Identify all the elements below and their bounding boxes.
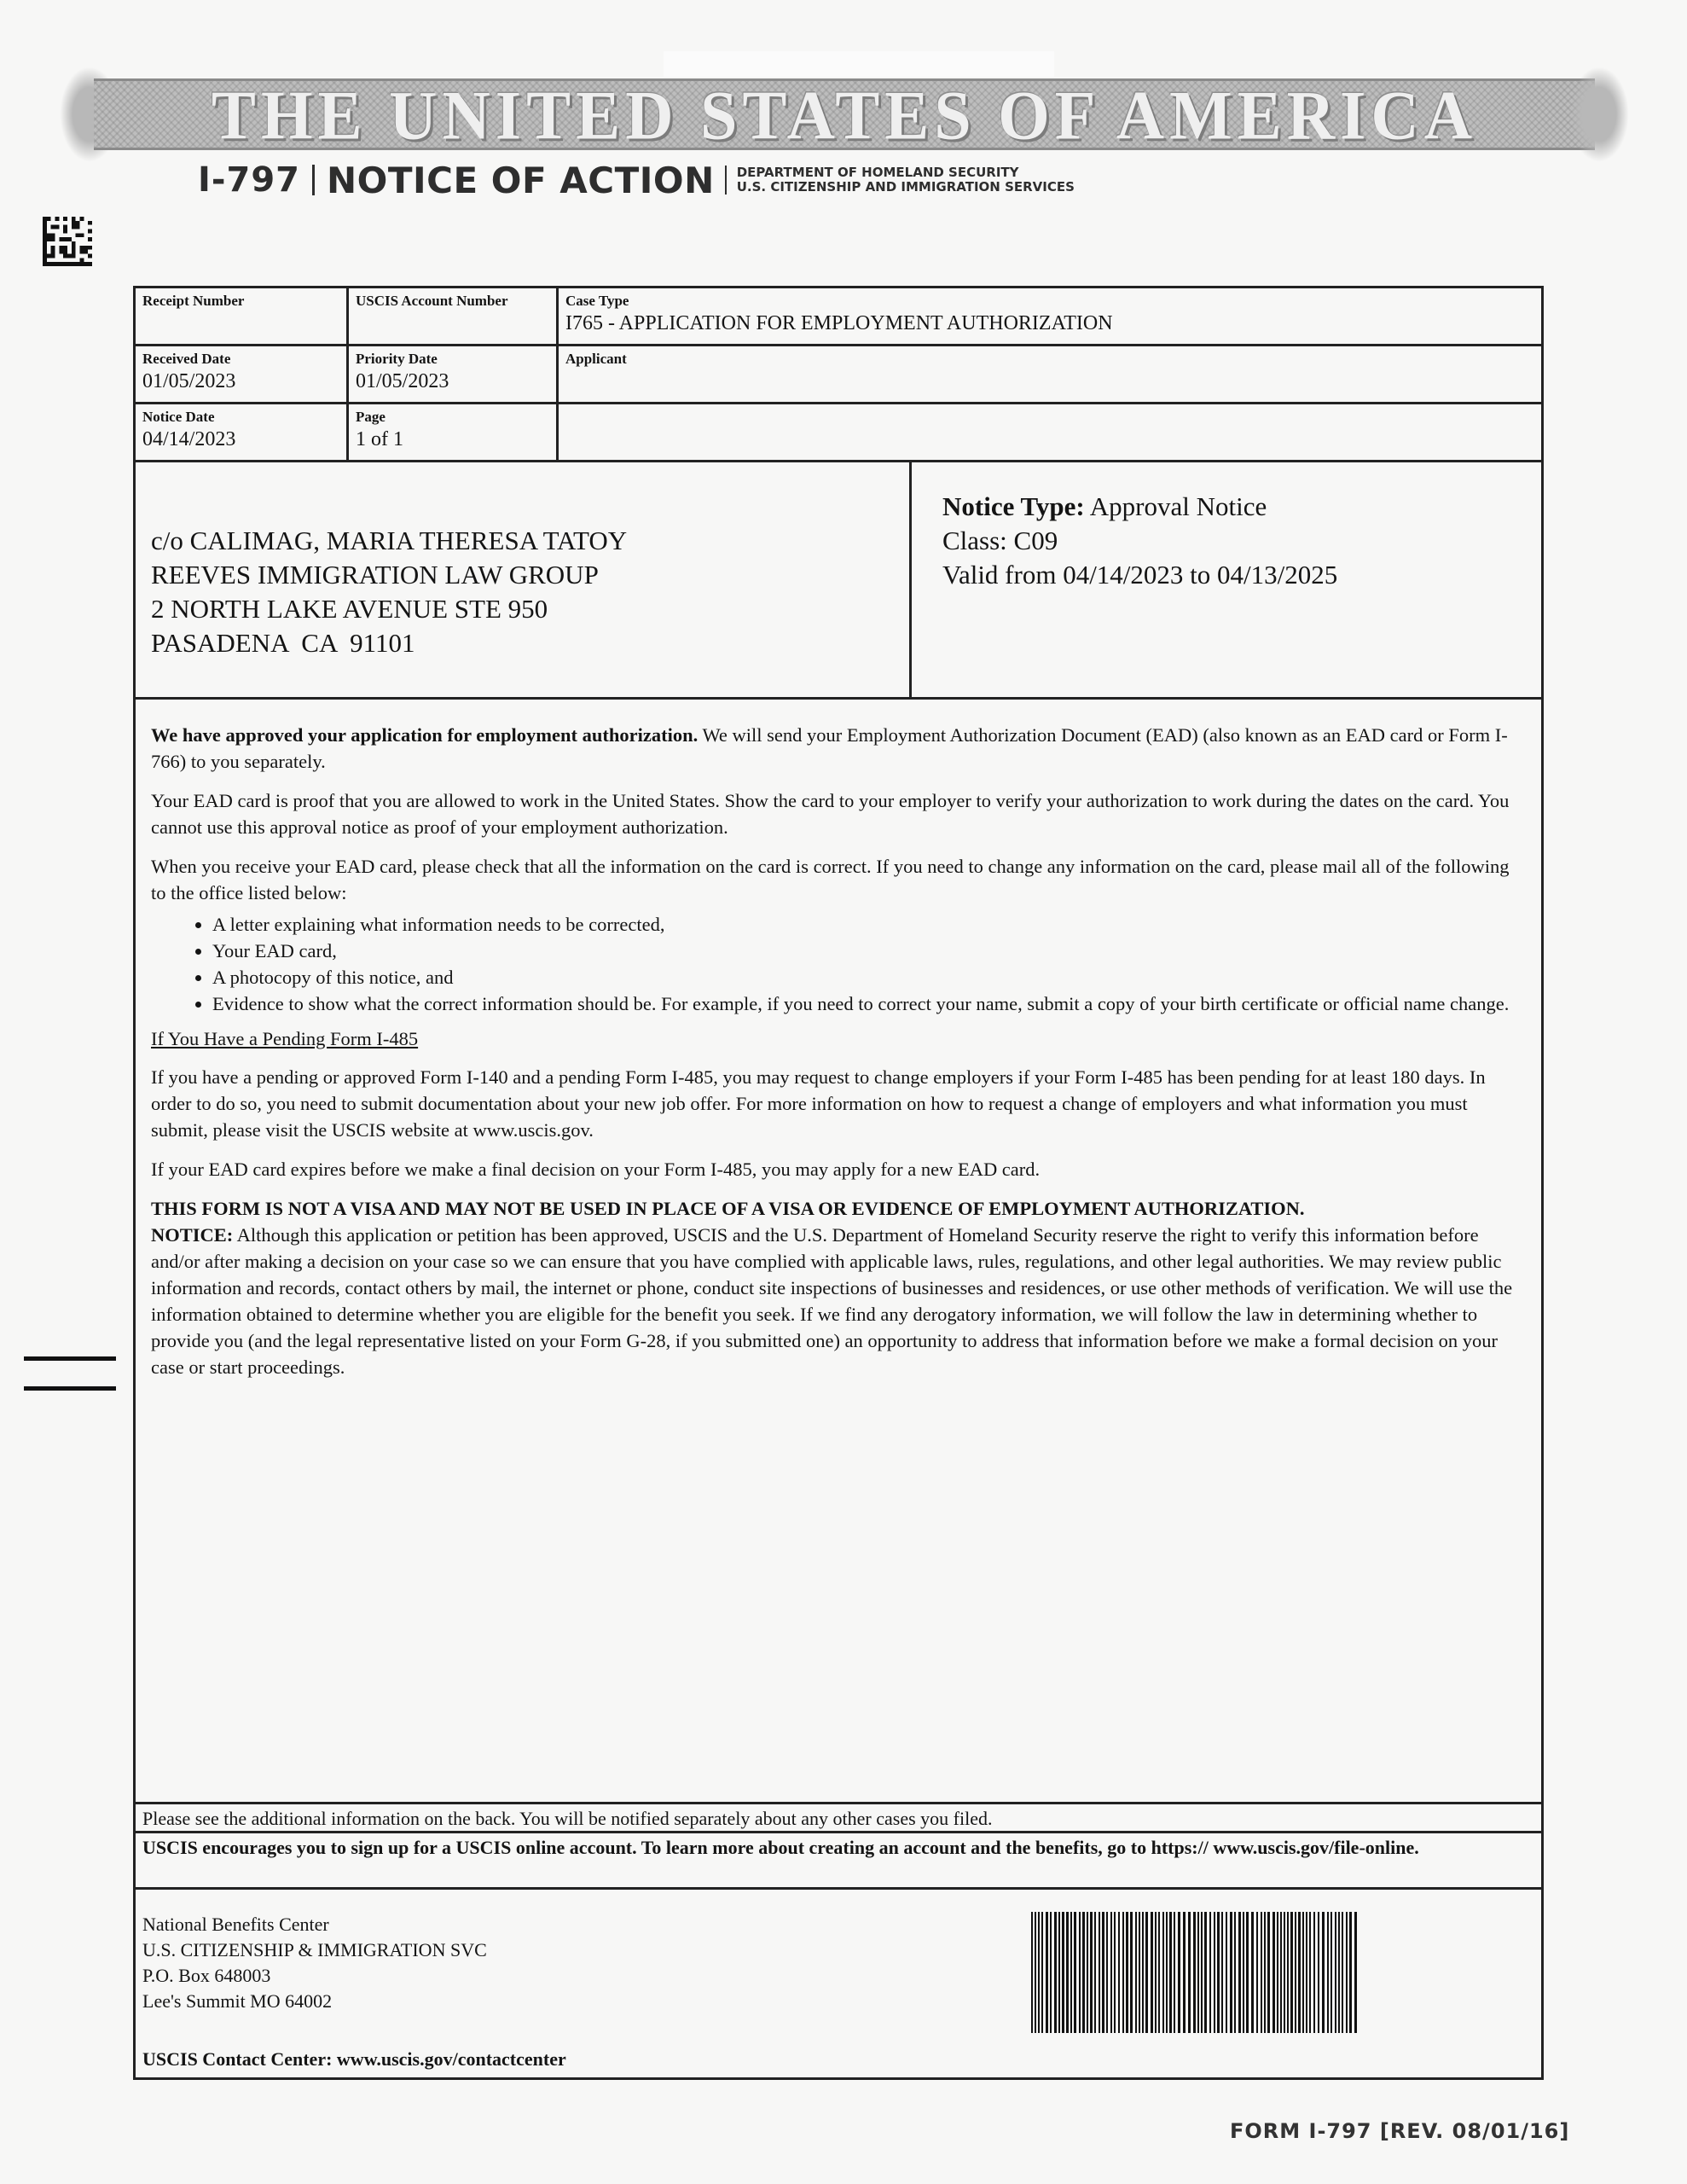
notice-body: We have approved your application for em… bbox=[136, 700, 1541, 1804]
received-date-cell: Received Date 01/05/2023 bbox=[136, 346, 349, 402]
agency-name: U.S. CITIZENSHIP AND IMMIGRATION SERVICE… bbox=[737, 180, 1075, 195]
notice-type: Notice Type: Approval Notice bbox=[942, 490, 1510, 524]
case-type-value: I765 - APPLICATION FOR EMPLOYMENT AUTHOR… bbox=[565, 311, 1534, 336]
data-matrix-code-icon bbox=[43, 217, 92, 266]
agency-block: DEPARTMENT OF HOMELAND SECURITY U.S. CIT… bbox=[737, 166, 1075, 195]
notice-type-value: Approval Notice bbox=[1090, 491, 1267, 521]
case-type-cell: Case Type I765 - APPLICATION FOR EMPLOYM… bbox=[559, 288, 1541, 344]
correction-paragraph: When you receive your EAD card, please c… bbox=[151, 853, 1526, 906]
header-divider bbox=[312, 165, 315, 195]
pending-i485-heading: If You Have a Pending Form I-485 bbox=[151, 1025, 1526, 1052]
form-title: NOTICE OF ACTION bbox=[327, 160, 715, 201]
list-item: A photocopy of this notice, and bbox=[212, 964, 1526, 990]
online-account-note: USCIS encourages you to sign up for a US… bbox=[136, 1833, 1541, 1890]
notice-class: Class: C09 bbox=[942, 524, 1510, 558]
empty-cell bbox=[559, 404, 1541, 460]
form-header: I-797 NOTICE OF ACTION DEPARTMENT OF HOM… bbox=[198, 159, 1075, 201]
redaction-block bbox=[664, 51, 1054, 77]
case-info-row: Receipt Number USCIS Account Number Case… bbox=[136, 288, 1541, 346]
page-cell: Page 1 of 1 bbox=[349, 404, 559, 460]
correction-checklist: A letter explaining what information nee… bbox=[151, 911, 1526, 1017]
office-block: National Benefits Center U.S. CITIZENSHI… bbox=[136, 1890, 1541, 2077]
address-line: REEVES IMMIGRATION LAW GROUP bbox=[151, 558, 894, 592]
notice-summary: Notice Type: Approval Notice Class: C09 … bbox=[912, 462, 1541, 697]
approval-paragraph: We have approved your application for em… bbox=[151, 722, 1526, 775]
received-date-value: 01/05/2023 bbox=[142, 369, 339, 394]
applicant-cell: Applicant bbox=[559, 346, 1541, 402]
priority-date-cell: Priority Date 01/05/2023 bbox=[349, 346, 559, 402]
list-item: Evidence to show what the correct inform… bbox=[212, 990, 1526, 1017]
list-item: Your EAD card, bbox=[212, 938, 1526, 964]
contact-center: USCIS Contact Center: www.uscis.gov/cont… bbox=[142, 2047, 566, 2072]
margin-mark bbox=[24, 1356, 116, 1361]
banner-title: THE UNITED STATES OF AMERICA bbox=[128, 84, 1561, 147]
dates-row: Received Date 01/05/2023 Priority Date 0… bbox=[136, 346, 1541, 404]
margin-mark bbox=[24, 1386, 116, 1391]
notice-date-value: 04/14/2023 bbox=[142, 427, 339, 452]
ead-expiry-paragraph: If your EAD card expires before we make … bbox=[151, 1156, 1526, 1182]
receipt-number-cell: Receipt Number bbox=[136, 288, 349, 344]
notice-type-label: Notice Type: bbox=[942, 491, 1085, 521]
account-number-cell: USCIS Account Number bbox=[349, 288, 559, 344]
mailing-address: c/o CALIMAG, MARIA THERESA TATOY REEVES … bbox=[136, 462, 912, 697]
notice-date-cell: Notice Date 04/14/2023 bbox=[136, 404, 349, 460]
banner: THE UNITED STATES OF AMERICA bbox=[60, 67, 1629, 162]
form-revision: FORM I-797 [REV. 08/01/16] bbox=[1230, 2119, 1569, 2143]
list-item: A letter explaining what information nee… bbox=[212, 911, 1526, 938]
address-notice-row: c/o CALIMAG, MARIA THERESA TATOY REEVES … bbox=[136, 462, 1541, 700]
address-line: 2 NORTH LAKE AVENUE STE 950 bbox=[151, 592, 894, 626]
barcode-icon bbox=[1031, 1912, 1359, 2033]
i485-paragraph: If you have a pending or approved Form I… bbox=[151, 1064, 1526, 1143]
address-line: c/o CALIMAG, MARIA THERESA TATOY bbox=[151, 524, 894, 558]
priority-date-value: 01/05/2023 bbox=[356, 369, 549, 394]
address-line: PASADENA CA 91101 bbox=[151, 626, 894, 660]
form-number: I-797 bbox=[198, 160, 300, 200]
notice-date-row: Notice Date 04/14/2023 Page 1 of 1 bbox=[136, 404, 1541, 462]
ead-proof-paragraph: Your EAD card is proof that you are allo… bbox=[151, 787, 1526, 840]
banner-ornament-right bbox=[1569, 67, 1629, 162]
department-name: DEPARTMENT OF HOMELAND SECURITY bbox=[737, 166, 1075, 180]
not-a-visa-warning: THIS FORM IS NOT A VISA AND MAY NOT BE U… bbox=[151, 1195, 1526, 1222]
page-value: 1 of 1 bbox=[356, 427, 549, 452]
notice-validity: Valid from 04/14/2023 to 04/13/2025 bbox=[942, 558, 1510, 592]
verification-notice: NOTICE: Although this application or pet… bbox=[151, 1222, 1526, 1380]
header-divider bbox=[725, 166, 727, 195]
additional-info-note: Please see the additional information on… bbox=[136, 1804, 1541, 1833]
notice-form: Receipt Number USCIS Account Number Case… bbox=[133, 286, 1544, 2080]
